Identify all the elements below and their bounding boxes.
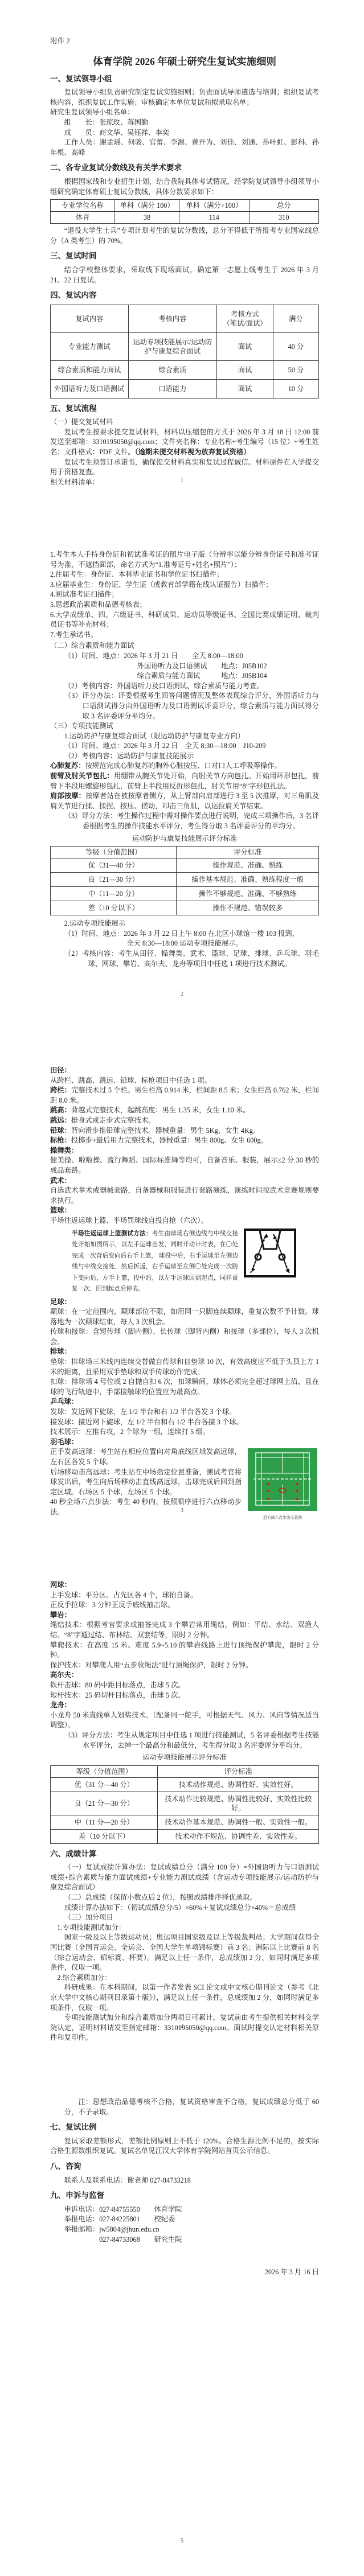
- section5-heading: 五、复试流程: [50, 404, 319, 414]
- column-header: 专业学位名称: [51, 200, 115, 212]
- page-number: 1: [0, 477, 364, 483]
- cell: 50 分: [273, 360, 318, 379]
- table-row: 综合素质和能力面试 综合素质 面试 50 分: [51, 360, 319, 379]
- cell-single100: 38: [115, 212, 179, 224]
- sport-name: 网球：: [50, 1580, 319, 1591]
- item-label: 跳远：: [50, 1116, 71, 1124]
- paragraph: （二）总成绩（保留小数点后 2 位），按照成绩排序择优录取。: [50, 1893, 319, 1903]
- section3-heading: 三、复试时间: [50, 251, 319, 261]
- item-text: 背越式完整技术，起跳高度：男生 1.35 米，女生 1.10 米。: [71, 1106, 250, 1114]
- cell: 专业能力测试: [51, 332, 129, 360]
- item-label: 肩部按摩：: [50, 792, 85, 800]
- cell: 技术动作不规范、协调性差、实效性差。: [158, 1829, 319, 1843]
- table-row: 良（21 分—30 分）技术动作比较规范、协调性比较好、实效性比较好。: [51, 1792, 319, 1815]
- table-title: 运动防护与康复技能展示评分标准: [50, 834, 319, 844]
- rehab-score-table: 等级（分值范围） 评分标准 优（31—40 分）操作规范、准确、熟练 良（21—…: [50, 846, 319, 915]
- material-item: 2.往届考生：身份证、本科毕业证书和学位证书扫描件；: [50, 570, 319, 580]
- paragraph: 根据国家线和专业招生计划，结合我院具体考试情况，经学院复试领导小组领导小组研究确…: [50, 177, 319, 197]
- paragraph: 2.综合素质加分：: [50, 1973, 319, 1983]
- cell: 技术动作比较规范、协调性比较好、实效性比较好。: [158, 1792, 319, 1815]
- paragraph: （1）时间、地点：2026 年 3 月 22 日上午 8:00 在北区小球馆一楼…: [50, 929, 319, 939]
- cell: 运动专项技能展示/运动防护与康复综合面试: [128, 332, 216, 360]
- sport-line: 健美操、啦啦操、流行舞蹈、国际标准舞等均可，自备音乐、服装，展示≤2 分 30 …: [50, 1156, 319, 1176]
- table-row: 中（11—20 分）操作不够规范、准确、不够熟练: [51, 887, 319, 901]
- paragraph: （3）评分办法：评委根据考生回答问题情况及整体表现综合评分，外国语听力与口语测试…: [50, 691, 319, 721]
- sport-name: 乒乓球：: [50, 1397, 319, 1407]
- item-text: 挺身式或走步式完整技术。: [71, 1116, 156, 1124]
- item-label: 心肺复苏：: [50, 762, 85, 770]
- item-text: 背向滑步推铅球完整技术。器械重量：男生 5Kg、女生 4Kg。: [71, 1127, 260, 1135]
- member-line: 成 员：商文华、吴钰祥、李奕: [50, 128, 319, 138]
- page-number: 3: [0, 1507, 364, 1514]
- column-header: 评分标准: [177, 847, 319, 858]
- sport-item: 标枪：投掷步+最后用力完整技术，器械重量：男生 800g、女生 600g。: [50, 1136, 319, 1146]
- subsection-heading: （二）综合素质和能力面试: [50, 641, 319, 651]
- paragraph: （一）复试成绩计算办法：复试成绩总分（满分 100 分）=外国语听力与口语测试成…: [50, 1863, 319, 1893]
- report-email-line: 举报邮箱：jw5804@jhun.edu.cn: [50, 2225, 319, 2235]
- cell: 面试: [217, 379, 273, 398]
- page-number: 2: [0, 991, 364, 997]
- cell: 操作基本规范、准确、熟练程度一般: [177, 873, 319, 887]
- item-label: 前臂及肘关节包扎：: [50, 772, 114, 780]
- paragraph: 复试领导小组负责研究制定复试实施细则；负责面试导师遴选与培训；组织复试考核内容，…: [50, 88, 319, 108]
- paragraph: （1）时间、地点：2026 年 3 月 21 日 全天 8:00—18:00: [50, 651, 319, 662]
- appeal-phone-line: 申诉电话：027-84755550 体育学院: [50, 2205, 319, 2215]
- paragraph: （2）考核内容：考生从田径、操舞类、武术、篮球、足球、排球、乒乓球、羽毛球、网球…: [50, 949, 319, 969]
- note-paragraph: 注：思想政治品德考核不合格，复试资格审查不合格，复试成绩总分低于 60 分，不予…: [50, 2097, 319, 2117]
- table-header-row: 等级（分值范围） 评分标准: [51, 847, 319, 858]
- cell: 面试: [217, 332, 273, 360]
- leader-line: 组 长：张琼玫、蒋国勤: [50, 118, 319, 128]
- sport-line: 上手发球：平分区、占先区各 4 个，球拍自备。: [50, 1591, 319, 1601]
- sport-line: 接发球：接近网下旋球，左 1/2 半台和右 1/2 半台各接 3 个球。: [50, 1418, 319, 1428]
- section7-heading: 七、复试比例: [50, 2122, 319, 2133]
- sport-line: 铁杆击球：80 码中距目标落点，击球 5 次。: [50, 1681, 319, 1691]
- item-label: 跨栏：: [50, 1086, 71, 1094]
- cell: 中（11—20 分）: [51, 887, 177, 901]
- section6-heading: 六、成绩计算: [50, 1849, 319, 1859]
- note-text: 考生由球场右侧边线与中线交接处开始如图所示，以左手运球出发，同时开动计时表，在〇…: [72, 1231, 238, 1293]
- sport-name: 攀岩：: [50, 1610, 319, 1621]
- badminton-court-diagram: [248, 1448, 317, 1511]
- column-header: 总分: [249, 200, 318, 212]
- paragraph: （3）评分方法：考生操作过程中需对操作要点进行说明，完成三项操作后，3 名评委根…: [50, 811, 319, 831]
- cell: 外国语听力及口语测试: [51, 379, 129, 398]
- sport-item: 跳远：挺身式或走步式完整技术。: [50, 1116, 319, 1126]
- sport-item: 跨栏：完整技术过 5 个栏。男生栏高 0.914 米，栏间距 8.5 米；女生栏…: [50, 1086, 319, 1106]
- document-page-2: 1.考生本人手持身份证和初试准考证的照片电子版（分辨率以能分辨身份证号和准考证号…: [50, 550, 319, 969]
- paragraph: （2）考核内容：外国语听力及口语测试、综合素质与能力考查。: [50, 681, 319, 692]
- document-canvas: { "attachment": "附件 2", "title": "体育学院 2…: [0, 0, 364, 2576]
- score-line-table: 专业学位名称 单科（满分 100） 单科（满分>100） 总分 体育 38 11…: [50, 199, 319, 224]
- exam-content-table: 复试内容 考核内容 考核方式（笔试/面试） 满分 专业能力测试 运动专项技能展示…: [50, 305, 319, 398]
- item-label: 铅球：: [50, 1127, 71, 1135]
- item-label: 标枪：: [50, 1136, 71, 1144]
- column-header: 复试内容: [51, 305, 129, 332]
- cell: 差（10 分以下）: [51, 1829, 158, 1843]
- sport-item: 铅球：背向滑步推铅球完整技术。器械重量：男生 5Kg、女生 4Kg。: [50, 1126, 319, 1136]
- column-header: 评分标准: [158, 1765, 319, 1777]
- sport-name: 羽毛球：: [50, 1437, 319, 1448]
- paragraph: （1）时间、地点：2026 年 3 月 22 日 全天 8:30—18:00 J…: [50, 741, 319, 751]
- document-title: 体育学院 2026 年硕士研究生复试实施细则: [50, 55, 319, 68]
- paragraph: 全天 8:30—18:00 运动专项技能展示。: [50, 939, 319, 949]
- table-row: 差（10 分以下）操作不规范、错误较多: [51, 901, 319, 915]
- section2-heading: 二、各专业复试分数线及有关学术要求: [50, 163, 319, 173]
- section1-heading: 一、复试领导小组: [50, 74, 319, 84]
- paragraph: 1.专项技能测试加分：: [50, 1923, 319, 1933]
- cell-single-over100: 114: [179, 212, 249, 224]
- subsection-heading: （一）提交复试材料: [50, 417, 319, 428]
- section9-heading: 九、申诉与监督: [50, 2191, 319, 2201]
- table-row: 良（21—30 分）操作基本规范、准确、熟练程度一般: [51, 873, 319, 887]
- cell-major: 体育: [51, 212, 115, 224]
- sport-name: 操舞类：: [50, 1146, 319, 1156]
- table-row: 外国语听力及口语测试 口语能力 面试 10 分: [51, 379, 319, 398]
- cell: 中（11 分—20 分）: [51, 1815, 158, 1829]
- sport-name: 田径：: [50, 1066, 319, 1076]
- cell: 综合素质: [128, 360, 216, 379]
- sport-line: 短杆技术：25 码切杆目标落点，击球 5 次。: [50, 1691, 319, 1701]
- cell: 操作不规范、错误较多: [177, 901, 319, 915]
- item-text: 按规范完成心肺复苏的胸外心脏按压、口对口人工呼吸等操作。: [85, 762, 281, 770]
- paragraph: 研究生复试领导小组名单：: [50, 108, 319, 118]
- material-item: 6.大学成绩单、四、六级证书、科研成果、运动员等级证书、全国比赛成绩证明、裁判员…: [50, 610, 319, 630]
- document-page-3: 田径： 从跨栏、跳高、跳远、铅球、标枪项目中任选 1 项。 跨栏：完整技术过 5…: [50, 1066, 319, 1522]
- cell: 良（21—30 分）: [51, 873, 177, 887]
- table-header-row: 复试内容 考核内容 考核方式（笔试/面试） 满分: [51, 305, 319, 332]
- material-item: 5.思想政治素质和品德考核表；: [50, 600, 319, 610]
- document-page-4: 网球： 上手发球：平分区、占先区各 4 个，球拍自备。 正反手拉球：3 分钟正反…: [50, 1580, 319, 2043]
- badminton-caption: 羽毛球六点步法示意图: [246, 1515, 319, 1521]
- note-label: 半场往返运球上篮测试方法：: [72, 1231, 152, 1237]
- cell: 口语能力: [128, 379, 216, 398]
- cell: 技术动作规范、协调性好、实效性好。: [158, 1777, 319, 1792]
- item-text: 完整技术过 5 个栏。男生栏高 0.914 米，栏间距 8.5 米；女生栏高 0…: [50, 1086, 319, 1104]
- column-header: 考核内容: [128, 305, 216, 332]
- item-label: 跳高：: [50, 1106, 71, 1114]
- sport-name: 武术：: [50, 1176, 319, 1186]
- cell: 操作规范、准确、熟练: [177, 858, 319, 873]
- sport-line: 小龙舟 50 米直线单人划桨技术。（配备同一舵手，可根据天气、风力、风向等情况适…: [50, 1711, 319, 1731]
- skill-item: 肩部按摩：按摩者站在被按摩者侧方，从上臂部向肩部进行 3 至 5 次推摩，对三角…: [50, 791, 319, 811]
- sport-line: 攀爬技术：在高度 15 米、难度 5.9~5.10 的攀岩线路上进行顶绳保护攀爬…: [50, 1641, 319, 1661]
- sport-skill-score-table: 等级（分值范围） 评分标准 优（31 分—40 分）技术动作规范、协调性好、实效…: [50, 1765, 319, 1844]
- sport-line: 技术展示：左推右攻，2 个球为一组，连续打 5 组。: [50, 1427, 319, 1437]
- table-header-row: 等级（分值范围） 评分标准: [51, 1765, 319, 1777]
- paragraph: 复试考生须签订承诺书，确保提交材料真实和复试过程诚信。材料原件在入学提交用于资格…: [50, 458, 319, 478]
- skill2-heading: 2.运动专项技能展示: [50, 919, 319, 929]
- page-number: 4: [0, 2024, 364, 2030]
- sport-line: 保护技术：对攀爬人用“五步收绳法”进行顶绳保护，限时 2 分钟。: [50, 1661, 319, 1671]
- sport-line: 绳结技术：根据考官要求或抽签完成 3 个攀岩常用绳结，例如：平结、水结、双渔人结…: [50, 1620, 319, 1640]
- cell: 面试: [217, 360, 273, 379]
- venue-line: 外国语听力及口语测试 地点：J05B102: [50, 662, 319, 672]
- bold-warning-text: （逾期未提交材料视为放弃复试资格）: [135, 448, 251, 456]
- formula-line: 成绩计算办法如下：（初试成绩总分/5）×60%＋复试成绩总分×40%＝总成绩: [50, 1903, 319, 1913]
- material-item: 7.考生承诺书。: [50, 630, 319, 640]
- section4-heading: 四、复试内容: [50, 290, 319, 301]
- table-row: 体育 38 114 310: [51, 212, 319, 224]
- column-header: 单科（满分 100）: [115, 200, 179, 212]
- paragraph: （3）评分方法：考生从规定项目中任选 1 项进行技能测试，5 名评委根据考生技能…: [50, 1731, 319, 1751]
- sport-line: 传球和接球：含短传球（脚内侧）、长传球（脚背内侧）和接球（多部位），每人 3 次…: [50, 1327, 319, 1347]
- cell-total: 310: [249, 212, 318, 224]
- paragraph: “退役大学生士兵”专项计划考生的复试分数线，总分不得低于所报考专业国家线总分（A…: [50, 226, 319, 246]
- sport-name: 足球：: [50, 1297, 319, 1308]
- item-text: 投掷步+最后用力完整技术，器械重量：男生 800g、女生 600g。: [71, 1136, 268, 1144]
- paragraph: 结合学校整体要求，采取线下现场面试，确定第一志愿上线考生于 2026 年 3 月…: [50, 265, 319, 285]
- sport-line: 扣球：排球场 4 号位或 2 自抛自扣 6 次，扣球瞬间，球体必须完全超过球网上…: [50, 1377, 319, 1397]
- paragraph: 复试采取差额形式，差额比例原则上不低于 120%。合格生源比例不足的，按实际合格…: [50, 2137, 319, 2156]
- subsection-heading: （三）专项技能测试: [50, 721, 319, 732]
- grad-school-phone-line: 027-84733068 研究生院: [50, 2235, 319, 2245]
- document-page-5: 注：思想政治品德考核不合格，复试资格审查不合格，复试成绩总分低于 60 分，不予…: [50, 2097, 319, 2278]
- cell: 综合素质和能力面试: [51, 360, 129, 379]
- table-row: 差（10 分以下）技术动作不规范、协调性差、实效性差。: [51, 1829, 319, 1843]
- table-row: 优（31 分—40 分）技术动作规范、协调性好、实效性好。: [51, 1777, 319, 1792]
- column-header: 单科（满分>100）: [179, 200, 249, 212]
- table-header-row: 专业学位名称 单科（满分 100） 单科（满分>100） 总分: [51, 200, 319, 212]
- sport-line: 垫球：排球场三米线内连续交替做自传球和自垫球 10 次，有效高度应不低于头顶上方…: [50, 1357, 319, 1377]
- column-header: 等级（分值范围）: [51, 847, 177, 858]
- document-date: 2026 年 3 月 16 日: [50, 2267, 319, 2278]
- material-item: 4.初试准考证扫描件；: [50, 590, 319, 600]
- table-row: 中（11 分—20 分）技术动作基本规范、协调性一般、实效性一般。: [51, 1815, 319, 1829]
- item-text: 按摩者站在被按摩者侧方，从上臂部向肩部进行 3 至 5 次推摩，对三角肌及肩关节…: [50, 792, 319, 810]
- sport-line: 从跨栏、跳高、跳远、铅球、标枪项目中任选 1 项。: [50, 1076, 319, 1086]
- staff-line: 工作人员：谢孟瑶、何骏、官蕾、李源、黄开为、刘佳、刘通、孙叶虹、彭科、孙年根、高…: [50, 138, 319, 158]
- table-row: 优（31—40 分）操作规范、准确、熟练: [51, 858, 319, 873]
- sport-line: 自选武术拳术或器械套路，自备器械和服装进行套路演练，演练时间按武术竞赛规则要求执…: [50, 1186, 319, 1206]
- sport-name: 高尔夫：: [50, 1670, 319, 1681]
- contact-line: 联系人及联系电话：谢老师 027-84733218: [50, 2176, 319, 2186]
- paragraph: （三）加分项目: [50, 1913, 319, 1923]
- sport-line: 发球：发近网下旋球，左 1/2 半台和右 1/2 半台各发 3 个球。: [50, 1407, 319, 1418]
- cell: 10 分: [273, 379, 318, 398]
- column-header: 满分: [273, 305, 318, 332]
- basketball-drill-diagram: [244, 1229, 296, 1277]
- report-phone-line: 举报电话：027-84225801 校纪委: [50, 2215, 319, 2225]
- sport-item: 跳高：背越式完整技术，起跳高度：男生 1.35 米，女生 1.10 米。: [50, 1106, 319, 1116]
- cell: 良（21 分—30 分）: [51, 1792, 158, 1815]
- paragraph: （2）考核内容：运动防护与康复技能展示: [50, 751, 319, 762]
- cell: 40 分: [273, 332, 318, 360]
- material-item: 1.考生本人手持身份证和初试准考证的照片电子版（分辨率以能分辨身份证号和准考证号…: [50, 550, 319, 570]
- skill1-heading: 1.运动防护与康复综合面试（限运动防护与康复专业方向）: [50, 732, 319, 742]
- skill-item: 心肺复苏：按规范完成心肺复苏的胸外心脏按压、口对口人工呼吸等操作。: [50, 761, 319, 771]
- cell: 优（31—40 分）: [51, 858, 177, 873]
- table-title: 运动专项技能展示评分标准: [50, 1753, 319, 1763]
- sport-line: 半场往返运球上篮、半场罚球线自投自抢（六次）。: [50, 1216, 319, 1226]
- cell: 优（31 分—40 分）: [51, 1777, 158, 1792]
- paragraph: 复试考生按要求提交复试材料，材料以压缩包的方式于 2026 年 3 月 18 日…: [50, 428, 319, 458]
- page-number: 5: [0, 2538, 364, 2544]
- attachment-label: 附件 2: [50, 36, 319, 47]
- section8-heading: 八、咨询: [50, 2162, 319, 2172]
- basketball-test-note: 半场往返运球上篮测试方法：考生由球场右侧边线与中线交接处开始如图所示，以左手运球…: [72, 1229, 319, 1295]
- sport-line: 正反手拉球：3 分钟正反手底线抽击球。: [50, 1600, 319, 1610]
- cell: 差（10 分以下）: [51, 901, 177, 915]
- cell: 技术动作基本规范、协调性一般、实效性一般。: [158, 1815, 319, 1829]
- basketball-note-text: 半场往返运球上篮测试方法：考生由球场右侧边线与中线交接处开始如图所示，以左手运球…: [72, 1229, 238, 1295]
- document-page-1: 附件 2 体育学院 2026 年硕士研究生复试实施细则 一、复试领导小组 复试领…: [50, 36, 319, 487]
- table-row: 专业能力测试 运动专项技能展示/运动防护与康复综合面试 面试 40 分: [51, 332, 319, 360]
- paragraph: 国家一级及以上等级运动员；奥运项目国家级及以上等级裁判员；大学期间获得全国比赛（…: [50, 1933, 319, 1973]
- paragraph: 科研成果：在本科期间，以第一作者发表 SCI 论文或中文核心期刊论文（参考《北京…: [50, 1983, 319, 2013]
- sport-line: 颠球：在一定范围内，颠球部位不限，如用同一只脚连续颠球，重复次数不予计数。球落地…: [50, 1307, 319, 1327]
- sport-name: 排球：: [50, 1347, 319, 1357]
- material-item: 3.应届毕业生：身份证、学生证（或教育部学籍在线认证报告）扫描件；: [50, 580, 319, 590]
- column-header: 等级（分值范围）: [51, 1765, 158, 1777]
- cell: 操作不够规范、准确、不够熟练: [177, 887, 319, 901]
- sport-name: 篮球：: [50, 1206, 319, 1216]
- venue-line: 综合素质与能力面试 地点：J05B104: [50, 671, 319, 681]
- skill-item: 前臂及肘关节包扎：用绷带从腕关节处开始，向肘关节方向包扎。开始用环形包扎，前臂下…: [50, 771, 319, 791]
- sport-name: 龙舟：: [50, 1700, 319, 1711]
- column-header: 考核方式（笔试/面试）: [217, 305, 273, 332]
